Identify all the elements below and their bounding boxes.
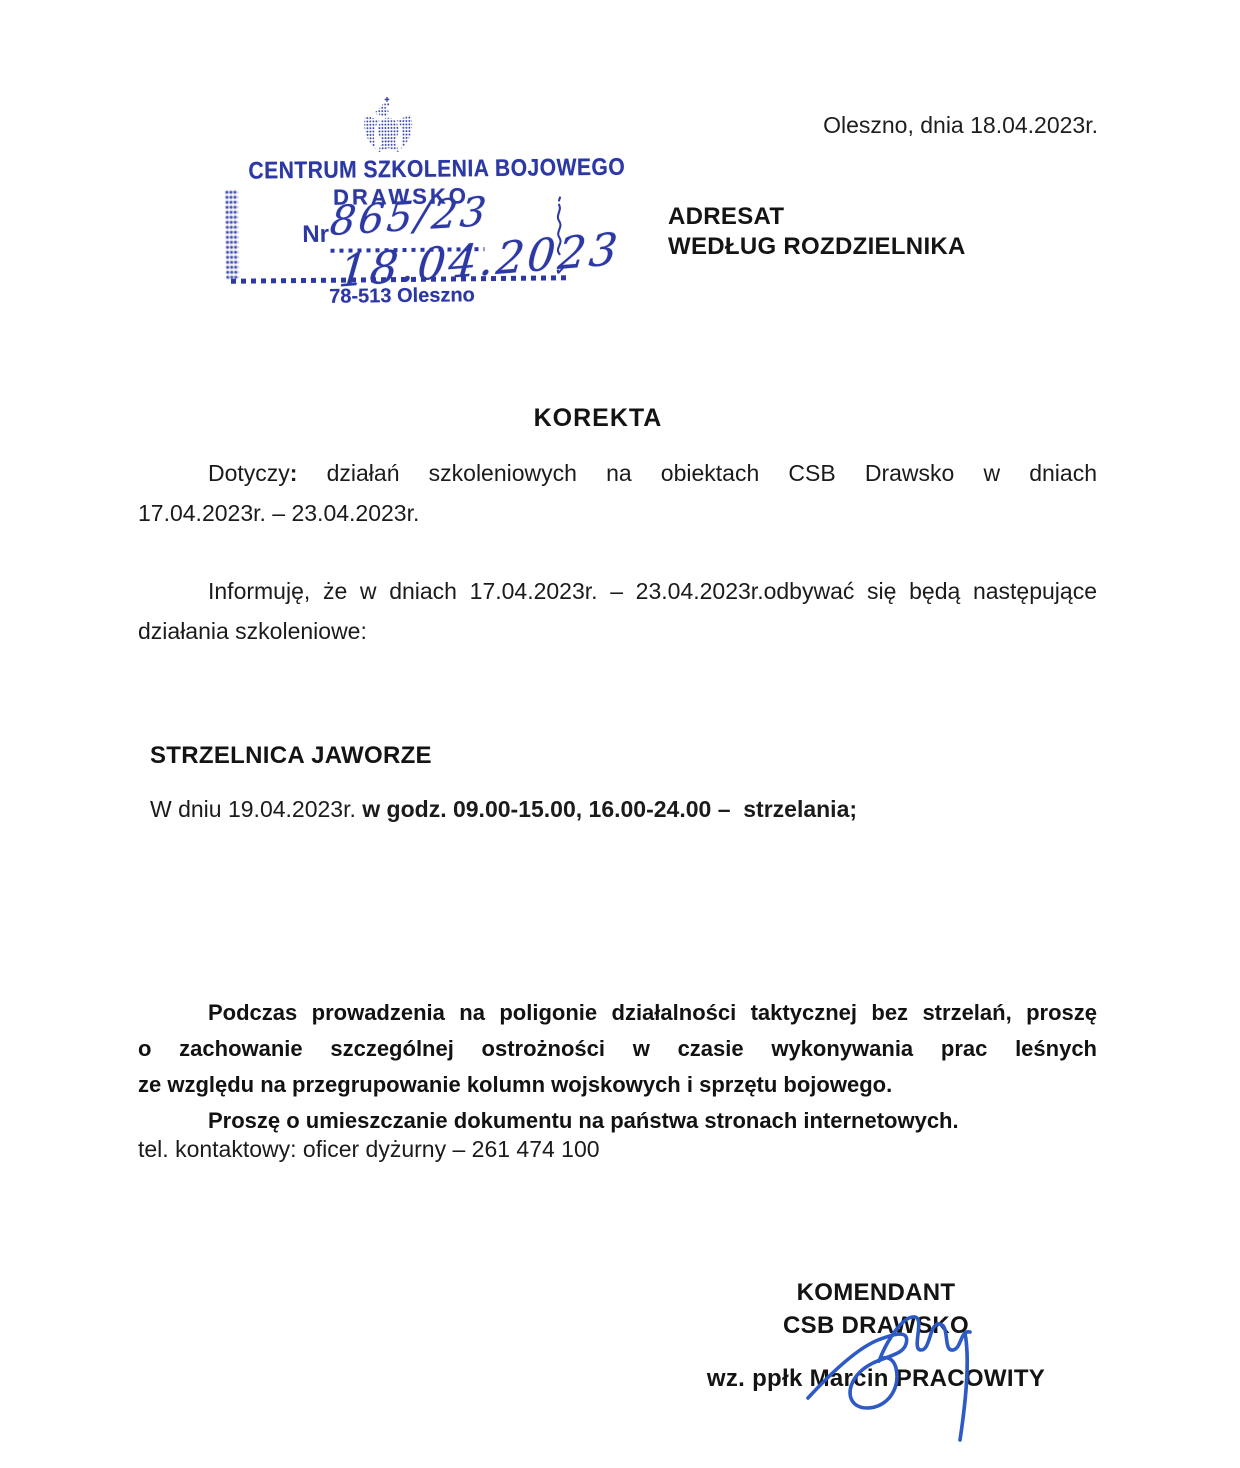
stamp-number-label: Nr — [302, 221, 329, 249]
subject-paragraph: Dotyczy: działań szkoleniowych na obiekt… — [138, 460, 1097, 540]
addressee-line: WEDŁUG ROZDZIELNIKA — [668, 232, 966, 262]
official-stamp: CENTRUM SZKOLENIA BOJOWEGO DRAWSKO Nr 86… — [227, 94, 575, 306]
ink-smudge — [225, 190, 239, 280]
contact-line: tel. kontaktowy: oficer dyżurny – 261 47… — [138, 1136, 600, 1163]
intro-paragraph: Informuję, że w dniach 17.04.2023r. – 23… — [138, 578, 1097, 658]
intro-line: działania szkoleniowe: — [138, 618, 1097, 658]
notice-paragraph: Podczas prowadzenia na poligonie działal… — [138, 1000, 1097, 1144]
notice-line: ze względu na przegrupowanie kolumn wojs… — [138, 1072, 1097, 1108]
place-date-line: Oleszno, dnia 18.04.2023r. — [823, 112, 1098, 139]
polish-eagle-icon — [359, 96, 418, 157]
handwritten-signature-icon — [796, 1300, 1011, 1452]
stamp-postal-city: 78-513 Oleszno — [229, 283, 575, 310]
notice-line: Podczas prowadzenia na poligonie działal… — [138, 1000, 1097, 1036]
subject-line: Dotyczy: działań szkoleniowych na obiekt… — [138, 460, 1097, 500]
stamp-org-name: CENTRUM SZKOLENIA BOJOWEGO — [248, 154, 553, 185]
addressee-block: ADRESAT WEDŁUG ROZDZIELNIKA — [668, 202, 966, 262]
paraph-initials-icon — [550, 194, 569, 258]
document-title: KOREKTA — [138, 404, 1058, 433]
subject-line: 17.04.2023r. – 23.04.2023r. — [138, 500, 1097, 540]
check-mark-icon: ✓ — [554, 260, 570, 282]
section-heading: STRZELNICA JAWORZE — [150, 742, 432, 770]
schedule-line: W dniu 19.04.2023r. w godz. 09.00-15.00,… — [150, 796, 857, 823]
document-page: Oleszno, dnia 18.04.2023r. CENTRUM SZKOL… — [0, 0, 1240, 1468]
notice-line: o zachowanie szczególnej ostrożności w c… — [138, 1036, 1097, 1072]
addressee-line: ADRESAT — [668, 202, 966, 232]
intro-line: Informuję, że w dniach 17.04.2023r. – 23… — [138, 578, 1097, 618]
